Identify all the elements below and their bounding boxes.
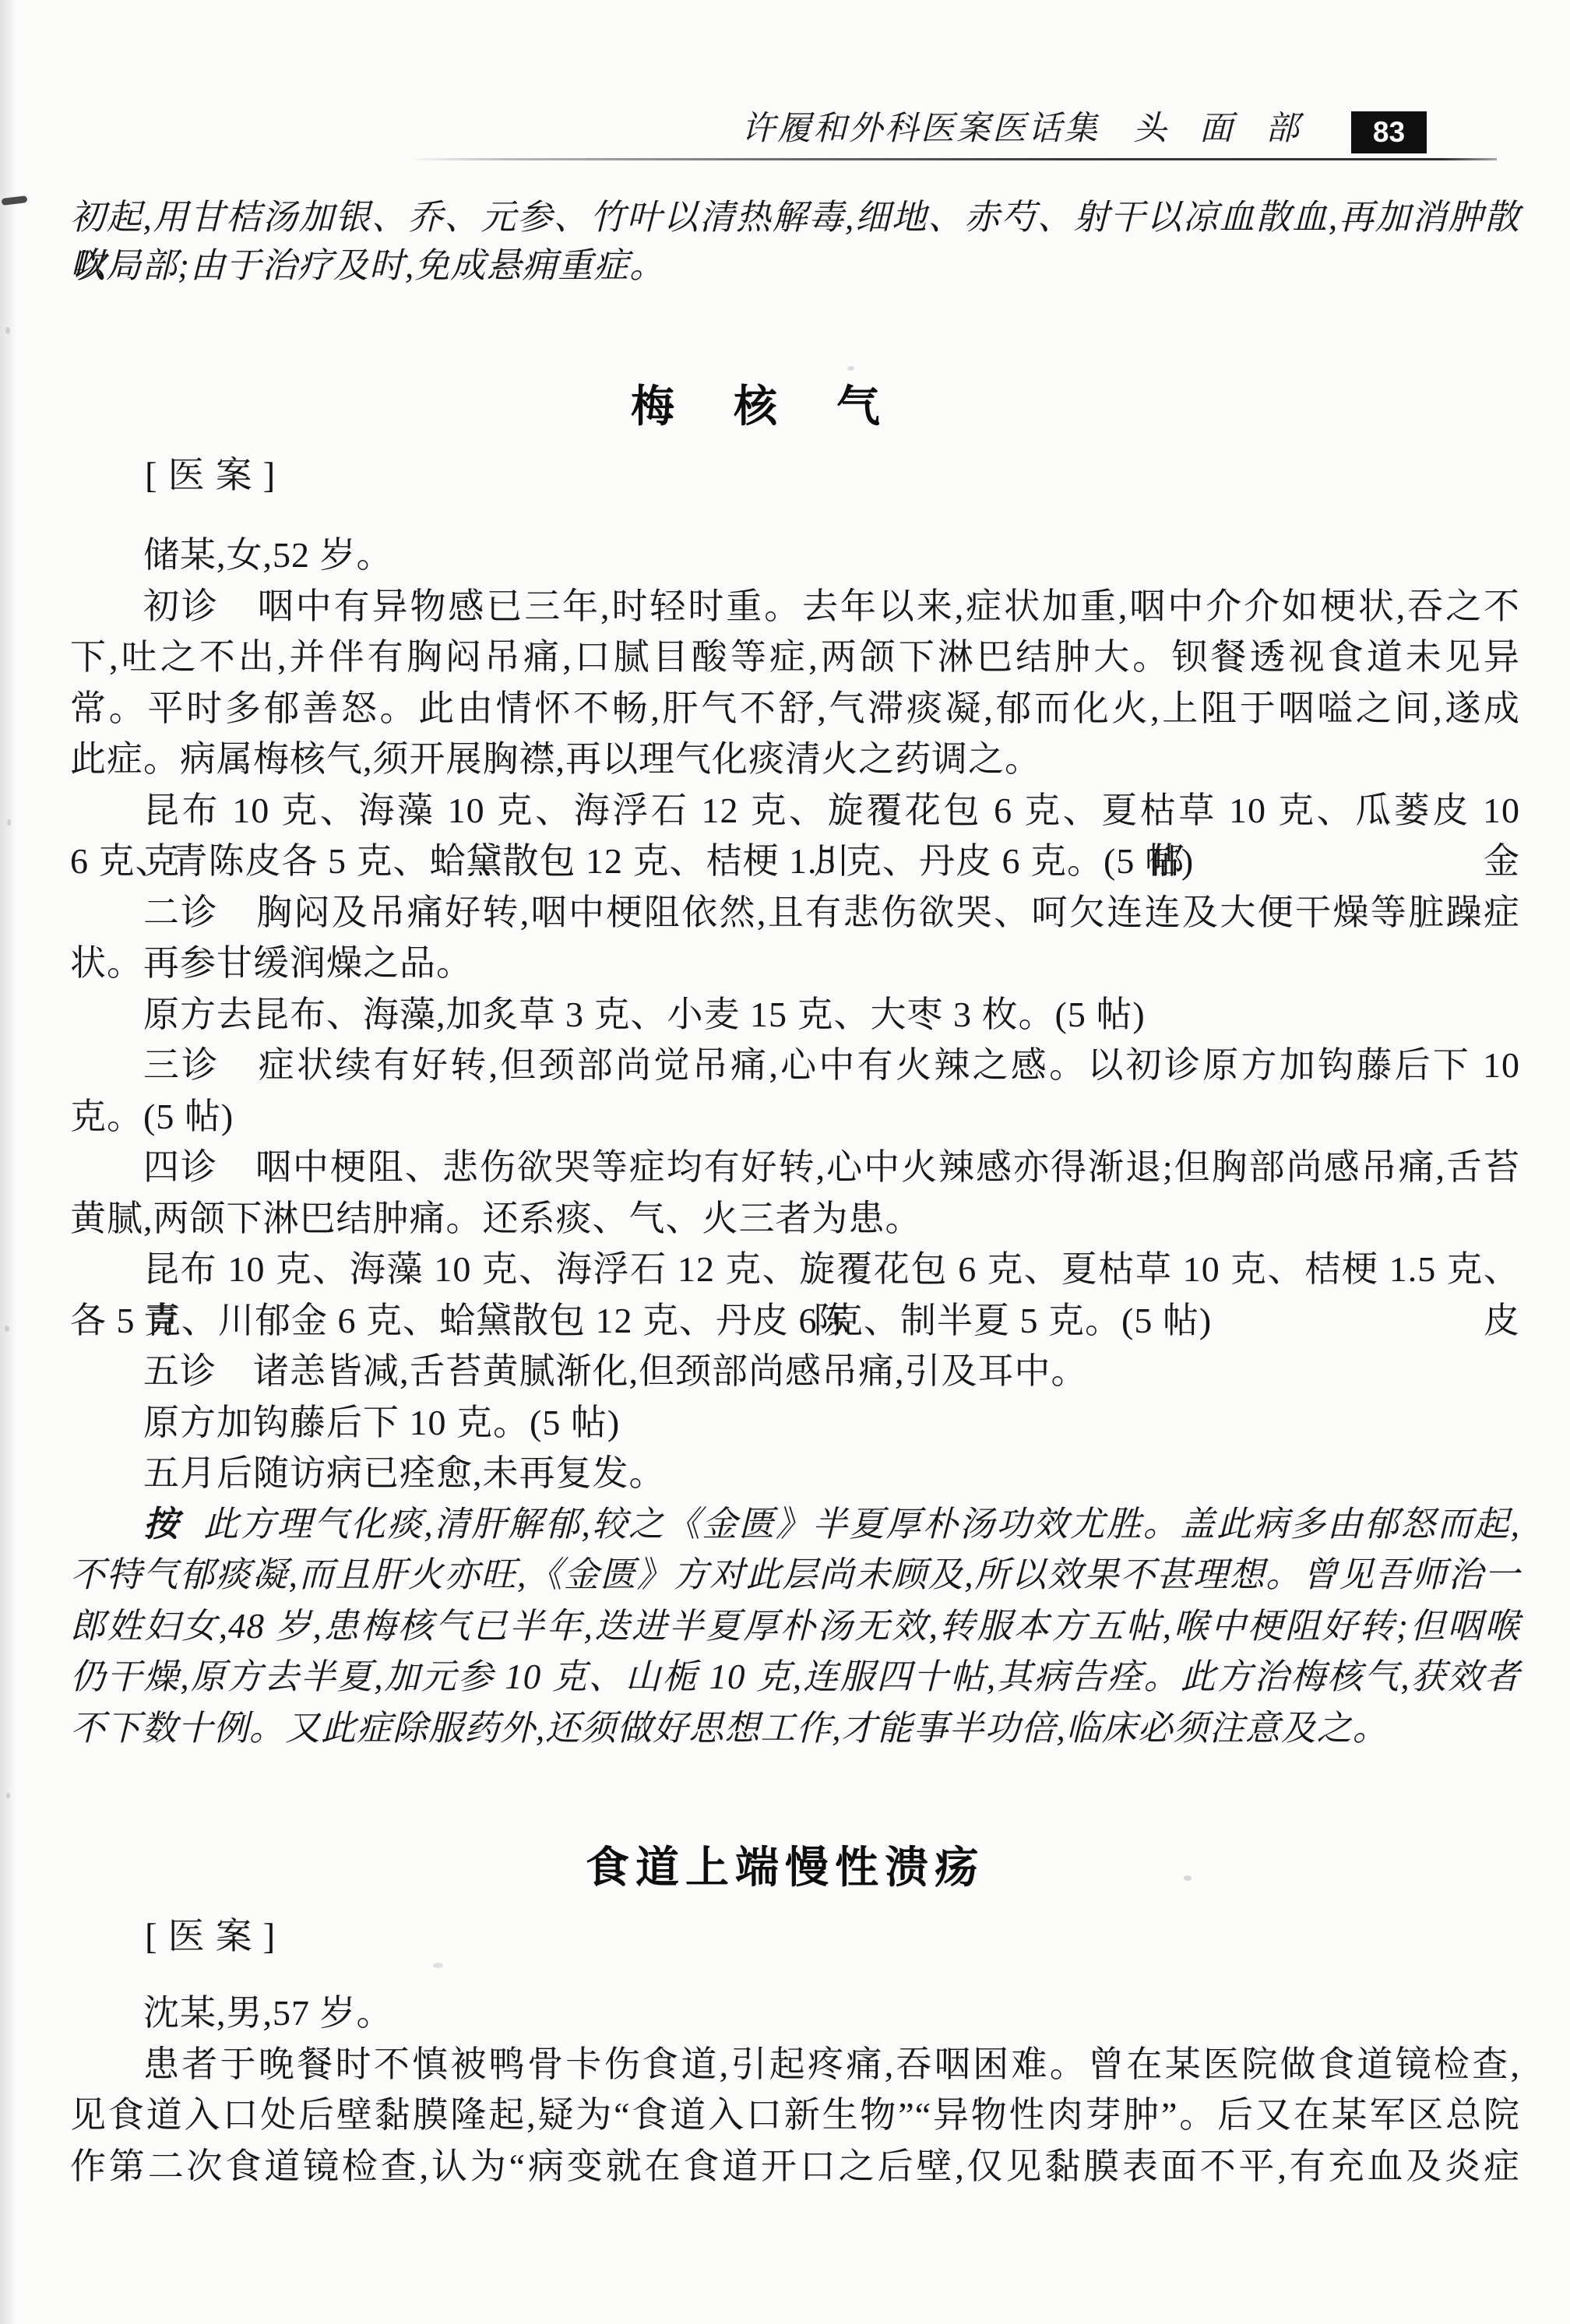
case-label: [医案] xyxy=(145,1914,286,1960)
note-label: 按 xyxy=(143,1505,180,1544)
text-line: 见食道入口处后壁黏膜隆起,疑为“食道入口新生物”“异物性肉芽肿”。后又在某军区总… xyxy=(70,2090,1520,2141)
text-line: 此症。病属梅核气,须开展胸襟,再以理气化痰清火之药调之。 xyxy=(70,734,1520,785)
patient-line: 沈某,男,57 岁。 xyxy=(70,1988,1520,2039)
text-line: 吹局部;由于治疗及时,免成悬痈重症。 xyxy=(70,241,1520,290)
note-line: 不特气郁痰凝,而且肝火亦旺,《金匮》方对此层尚未顾及,所以效果不甚理想。曾见吾师… xyxy=(70,1550,1520,1601)
section2-body: 沈某,男,57 岁。 患者于晚餐时不慎被鸭骨卡伤食道,引起疼痛,吞咽困难。曾在某… xyxy=(70,1988,1520,2192)
section1-body: 储某,女,52 岁。 初诊 咽中有异物感已三年,时轻时重。去年以来,症状加重,咽… xyxy=(70,530,1520,1754)
text-line: 初起,用甘桔汤加银、乔、元参、竹叶以清热解毒,细地、赤芍、射干以凉血散血,再加消… xyxy=(70,193,1520,241)
prescription-line: 原方加钩藤后下 10 克。(5 帖) xyxy=(70,1397,1520,1449)
text-line: 作第二次食道镜检查,认为“病变就在食道开口之后壁,仅见黏膜表面不平,有充血及炎症 xyxy=(70,2141,1520,2192)
note-line: 郎姓妇女,48 岁,患梅核气已半年,迭进半夏厚朴汤无效,转服本方五帖,喉中梗阻好… xyxy=(70,1601,1520,1653)
text-line: 下,吐之不出,并伴有胸闷吊痛,口腻目酸等症,两颌下淋巴结肿大。钡餐透视食道未见异 xyxy=(70,632,1520,683)
text-line: 五月后随访病已痊愈,未再复发。 xyxy=(70,1448,1520,1499)
scan-speck xyxy=(7,819,11,826)
continuation-paragraph: 初起,用甘桔汤加银、乔、元参、竹叶以清热解毒,细地、赤芍、射干以凉血散血,再加消… xyxy=(70,193,1520,290)
section-title-meiheqi: 梅核气 xyxy=(0,372,1570,435)
book-title: 许履和外科医案医话集 xyxy=(741,111,1100,147)
prescription-line: 昆布 10 克、海藻 10 克、海浮石 12 克、旋覆花包 6 克、夏枯草 10… xyxy=(70,1244,1520,1295)
header-section-label: 头面部 xyxy=(1133,111,1332,147)
page-number-badge: 83 xyxy=(1351,111,1427,153)
scan-speck xyxy=(433,1963,443,1968)
case-label: [医案] xyxy=(145,453,286,498)
running-header: 许履和外科医案医话集 头面部 xyxy=(741,106,1332,153)
text-line: 初诊 咽中有异物感已三年,时轻时重。去年以来,症状加重,咽中介介如梗状,吞之不 xyxy=(70,581,1520,632)
note-line: 仍干燥,原方去半夏,加元参 10 克、山栀 10 克,连服四十帖,其病告痊。此方… xyxy=(70,1652,1520,1703)
text-line: 状。再参甘缓润燥之品。 xyxy=(70,938,1520,989)
text-line: 二诊 胸闷及吊痛好转,咽中梗阻依然,且有悲伤欲哭、呵欠连连及大便干燥等脏躁症 xyxy=(70,887,1520,938)
scan-speck xyxy=(5,327,10,334)
note-text: 此方理气化痰,清肝解郁,较之《金匮》半夏厚朴汤功效尤胜。盖此病多由郁怒而起, xyxy=(203,1505,1520,1544)
scan-speck xyxy=(6,1793,10,1798)
scan-speck xyxy=(847,366,854,371)
section-title-shidao: 食道上端慢性溃疡 xyxy=(0,1833,1570,1896)
text-line: 常。平时多郁善怒。此由情怀不畅,肝气不舒,气滞痰凝,郁而化火,上阻于咽嗌之间,遂… xyxy=(70,683,1520,734)
prescription-line: 原方去昆布、海藻,加炙草 3 克、小麦 15 克、大枣 3 枚。(5 帖) xyxy=(70,989,1520,1041)
note-line: 按此方理气化痰,清肝解郁,较之《金匮》半夏厚朴汤功效尤胜。盖此病多由郁怒而起, xyxy=(70,1499,1520,1551)
text-line: 三诊 症状续有好转,但颈部尚觉吊痛,心中有火辣之感。以初诊原方加钩藤后下 10 xyxy=(70,1040,1520,1091)
note-line: 不下数十例。又此症除服药外,还须做好思想工作,才能事半功倍,临床必须注意及之。 xyxy=(70,1703,1520,1755)
patient-line: 储某,女,52 岁。 xyxy=(70,530,1520,581)
text-line: 黄腻,两颌下淋巴结肿痛。还系痰、气、火三者为患。 xyxy=(70,1193,1520,1245)
header-rule xyxy=(405,158,1497,160)
text-line: 四诊 咽中梗阻、悲伤欲哭等症均有好转,心中火辣感亦得渐退;但胸部尚感吊痛,舌苔 xyxy=(70,1142,1520,1193)
text-line: 患者于晚餐时不慎被鸭骨卡伤食道,引起疼痛,吞咽困难。曾在某医院做食道镜检查, xyxy=(70,2039,1520,2090)
prescription-line: 昆布 10 克、海藻 10 克、海浮石 12 克、旋覆花包 6 克、夏枯草 10… xyxy=(70,785,1520,836)
scan-edge-strip xyxy=(0,0,17,2324)
text-line: 克。(5 帖) xyxy=(70,1091,1520,1143)
text-line: 五诊 诸恙皆减,舌苔黄腻渐化,但颈部尚感吊痛,引及耳中。 xyxy=(70,1346,1520,1397)
scan-speck xyxy=(5,1326,9,1332)
book-page: 许履和外科医案医话集 头面部 83 初起,用甘桔汤加银、乔、元参、竹叶以清热解毒… xyxy=(0,0,1570,2324)
